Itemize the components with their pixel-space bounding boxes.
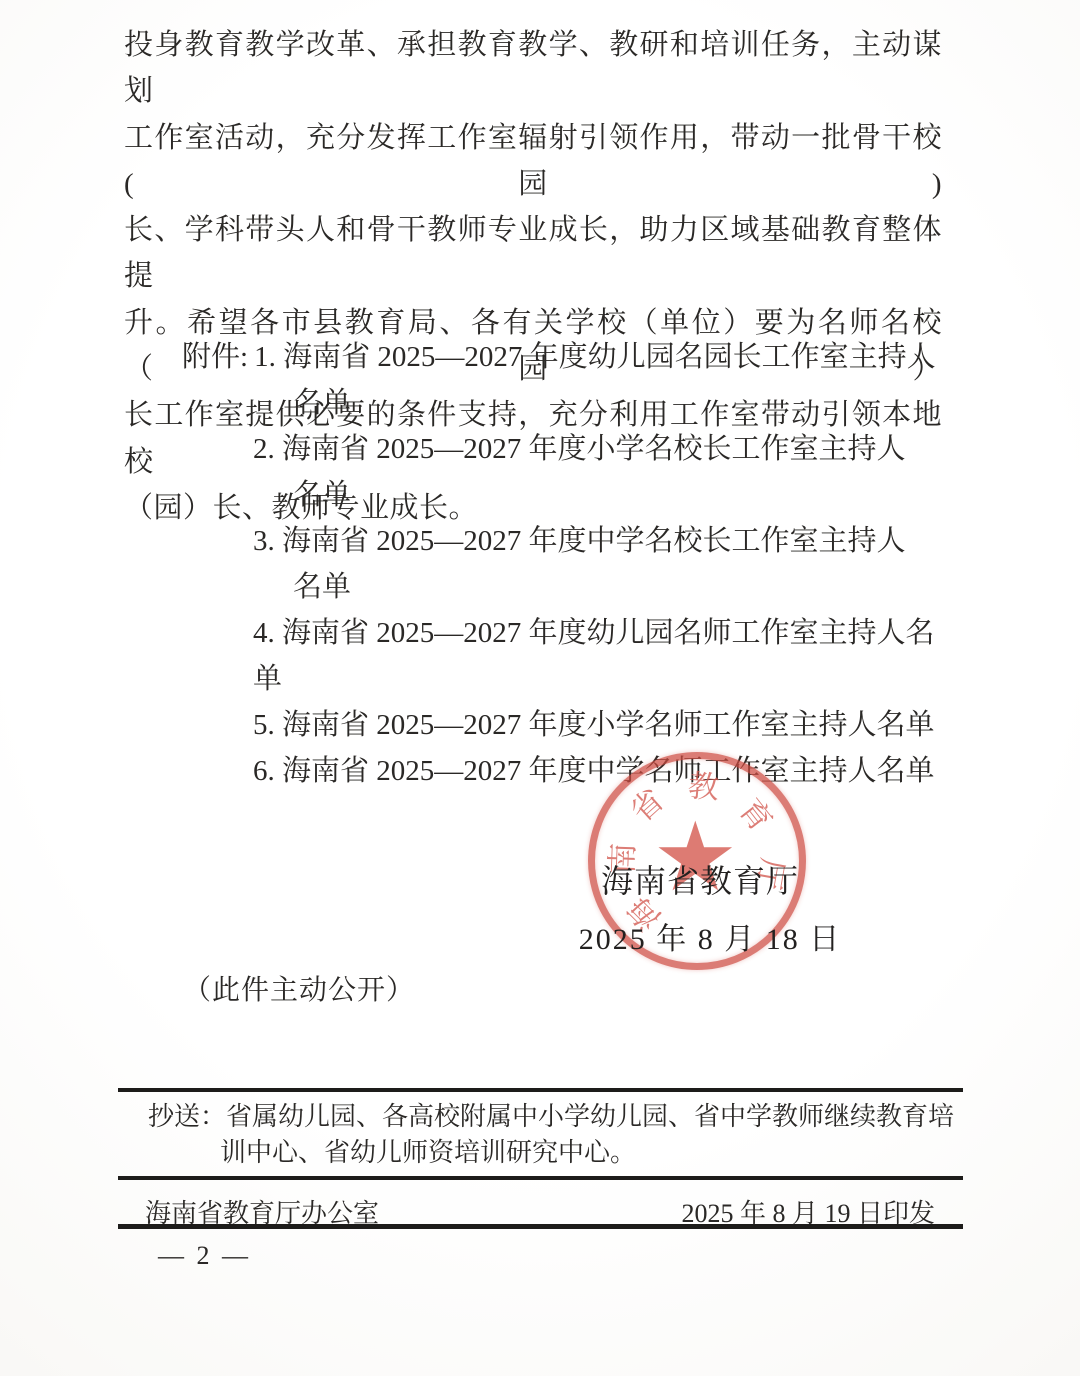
body-line: 工作室活动，充分发挥工作室辐射引领作用，带动一批骨干校(园) (124, 115, 942, 208)
cc-line: 抄送：省属幼儿园、各高校附属中小学幼儿园、省中学教师继续教育培 (148, 1099, 958, 1135)
public-disclosure-note: （此件主动公开） (183, 968, 415, 1008)
issue-date: 2025 年 8 月 18 日 (530, 914, 890, 958)
attachment-item-5: 5. 海南省 2025—2027 年度小学名师工作室主持人名单 (182, 702, 952, 748)
body-line: 长、学科带头人和骨干教师专业成长，助力区域基础教育整体提 (124, 207, 942, 300)
cc-label: 抄送： (148, 1102, 226, 1131)
seal-ring-char: 教 (684, 768, 723, 807)
attachment-line: 附件:1. 海南省 2025—2027 年度幼儿园名园长工作室主持人 (182, 334, 952, 380)
attachment-item-4: 4. 海南省 2025—2027 年度幼儿园名师工作室主持人名单 (182, 610, 952, 702)
attachments-label: 附件: (182, 341, 248, 373)
attachment-line-continuation: 名单 (182, 564, 952, 610)
cc-recipients: 省属幼儿园、各高校附属中小学幼儿园、省中学教师继续教育培 (226, 1102, 954, 1131)
cc-block: 抄送：省属幼儿园、各高校附属中小学幼儿园、省中学教师继续教育培 训中心、省幼儿师… (148, 1099, 958, 1171)
attachment-item-1: 1. 海南省 2025—2027 年度幼儿园名园长工作室主持人 (254, 341, 936, 373)
attachment-item-3: 3. 海南省 2025—2027 年度中学名校长工作室主持人 (182, 518, 952, 564)
issuing-authority-name: 海南省教育厅 (520, 856, 880, 902)
attachment-item-2: 2. 海南省 2025—2027 年度小学名校长工作室主持人 (182, 426, 952, 472)
cc-divider-top (118, 1088, 963, 1092)
attachments-block: 附件:1. 海南省 2025—2027 年度幼儿园名园长工作室主持人 名单 2.… (182, 334, 952, 794)
attachment-line-continuation: 名单 (182, 380, 952, 426)
cc-divider-bottom (118, 1176, 963, 1180)
footer-divider (118, 1224, 963, 1229)
page-number: — 2 — (158, 1241, 251, 1271)
attachment-item-6: 6. 海南省 2025—2027 年度中学名师工作室主持人名单 (182, 748, 952, 794)
cc-line-continuation: 训中心、省幼儿师资培训研究中心。 (148, 1135, 958, 1171)
attachment-line-continuation: 名单 (182, 472, 952, 518)
body-line: 投身教育教学改革、承担教育教学、教研和培训任务，主动谋划 (124, 22, 942, 115)
document-page: 投身教育教学改革、承担教育教学、教研和培训任务，主动谋划 工作室活动，充分发挥工… (0, 0, 1080, 1376)
